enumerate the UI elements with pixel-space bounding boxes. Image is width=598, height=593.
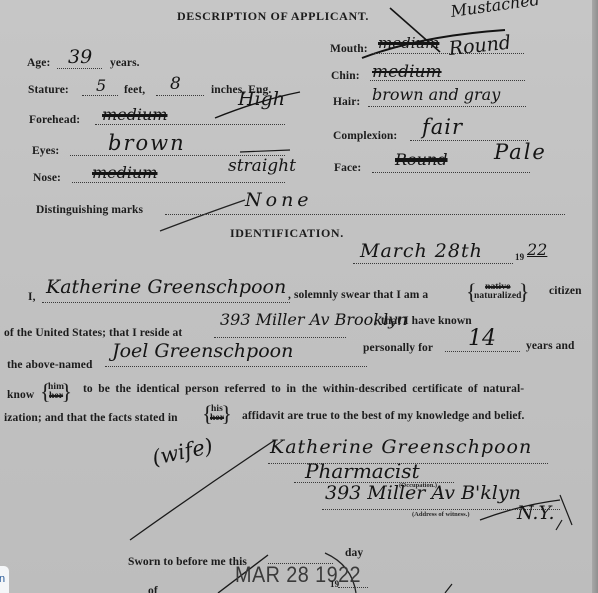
marks-label: Distinguishing marks bbox=[36, 204, 143, 216]
possessive-choice: his her bbox=[206, 405, 228, 423]
hair-value: brown and gray bbox=[372, 85, 500, 104]
face-value: Pale bbox=[494, 140, 547, 164]
face-struck-value: Round bbox=[395, 150, 448, 169]
eyes-label: Eyes: bbox=[32, 145, 59, 157]
feet-label: feet, bbox=[124, 84, 145, 96]
stature-feet-line bbox=[82, 95, 118, 96]
corner-tab[interactable]: n bbox=[0, 566, 9, 593]
stature-inches-value: 8 bbox=[170, 74, 181, 94]
sworn-text: Sworn to before me this bbox=[128, 556, 247, 568]
chin-label: Chin: bbox=[331, 70, 360, 82]
mouth-struck-value: medium bbox=[378, 34, 439, 52]
pronoun-brace: him her bbox=[44, 383, 68, 401]
forehead-value: High bbox=[238, 88, 285, 110]
address-caption: (Address of witness.) bbox=[412, 511, 469, 518]
complexion-label: Complexion: bbox=[333, 130, 397, 142]
date-stamp: MAR 28 1922 bbox=[235, 562, 361, 588]
nose-struck-value: medium bbox=[92, 163, 157, 182]
line3-suffix: years and bbox=[526, 340, 575, 352]
marks-field-line bbox=[165, 214, 565, 215]
marks-value: None bbox=[245, 189, 313, 211]
nose-field-line bbox=[72, 182, 285, 183]
eyes-value: brown bbox=[108, 131, 186, 155]
date-field-line bbox=[353, 263, 513, 264]
hair-label: Hair: bbox=[333, 96, 360, 108]
possessive-brace: his her bbox=[206, 405, 228, 423]
nose-value: straight bbox=[228, 156, 296, 176]
address-line2: N.Y. bbox=[517, 502, 555, 524]
residence-line bbox=[214, 337, 346, 338]
date-year-prefix: 19 bbox=[515, 252, 524, 262]
pronoun-choice: him her bbox=[44, 383, 68, 401]
stature-inches-line bbox=[156, 95, 204, 96]
line1-suffix: citizen bbox=[549, 285, 582, 297]
date-year-value: 22 bbox=[527, 240, 547, 259]
line1-prefix: I, bbox=[28, 291, 36, 303]
line3-mid: personally for bbox=[363, 342, 433, 354]
stature-label: Stature: bbox=[28, 84, 69, 96]
complexion-value: fair bbox=[422, 115, 463, 139]
line4-prefix: know bbox=[7, 389, 34, 401]
line5-suffix: affidavit are true to the best of my kno… bbox=[242, 410, 525, 422]
mouth-value: Mustached bbox=[449, 0, 541, 21]
chin-struck-value: medium bbox=[372, 62, 442, 82]
sworn-day-label: day bbox=[345, 547, 363, 559]
line2-text: of the United States; that I reside at bbox=[4, 327, 182, 339]
sworn-of-label: of bbox=[148, 585, 158, 593]
hair-field-line bbox=[368, 106, 526, 107]
citizen-choice: native naturalized bbox=[470, 283, 526, 301]
line5-text: ization; and that the facts stated in bbox=[4, 412, 178, 424]
chin-value: Round bbox=[448, 32, 512, 60]
mouth-label: Mouth: bbox=[330, 43, 368, 55]
age-field-line bbox=[57, 68, 102, 69]
document-edge bbox=[592, 0, 598, 593]
relationship-note: (wife) bbox=[150, 434, 215, 470]
age-suffix: years. bbox=[110, 57, 140, 69]
forehead-field-line bbox=[95, 124, 285, 125]
occupation-value: Pharmacist bbox=[305, 459, 420, 483]
identification-heading: IDENTIFICATION. bbox=[230, 226, 344, 241]
witness-name-line bbox=[42, 302, 290, 303]
line3-text: the above-named bbox=[7, 359, 93, 371]
scanned-document: DESCRIPTION OF APPLICANT. Age: 39 years.… bbox=[0, 0, 598, 593]
address-value: 393 Miller Av B'klyn bbox=[325, 482, 521, 504]
forehead-struck-value: medium bbox=[102, 105, 167, 124]
applicant-name-value: Joel Greenschpoon bbox=[112, 340, 293, 362]
face-field-line bbox=[372, 172, 530, 173]
face-label: Face: bbox=[334, 162, 361, 174]
witness-signature: Katherine Greenschpoon bbox=[270, 436, 532, 458]
stature-feet-value: 5 bbox=[96, 76, 106, 95]
possessive-her-struck: her bbox=[210, 414, 224, 423]
line2-suffix: ; that I have known bbox=[374, 315, 472, 327]
date-value: March 28th bbox=[360, 240, 483, 262]
forehead-label: Forehead: bbox=[29, 114, 80, 126]
description-heading: DESCRIPTION OF APPLICANT. bbox=[177, 9, 369, 24]
pronoun-her-struck: her bbox=[48, 392, 64, 401]
nose-label: Nose: bbox=[33, 172, 61, 184]
witness-name-value: Katherine Greenschpoon bbox=[46, 276, 286, 298]
citizen-naturalized: naturalized bbox=[474, 292, 522, 301]
sworn-year-line bbox=[338, 587, 368, 588]
age-value: 39 bbox=[68, 46, 92, 68]
line1-text: , solemnly swear that I am a bbox=[288, 289, 428, 301]
age-label: Age: bbox=[27, 57, 50, 69]
years-known-value: 14 bbox=[468, 326, 496, 351]
citizen-brace: native naturalized bbox=[470, 283, 526, 301]
line4-text: to be the identical person referred to i… bbox=[83, 383, 524, 395]
applicant-name-line bbox=[105, 366, 367, 367]
years-known-line bbox=[445, 351, 520, 352]
